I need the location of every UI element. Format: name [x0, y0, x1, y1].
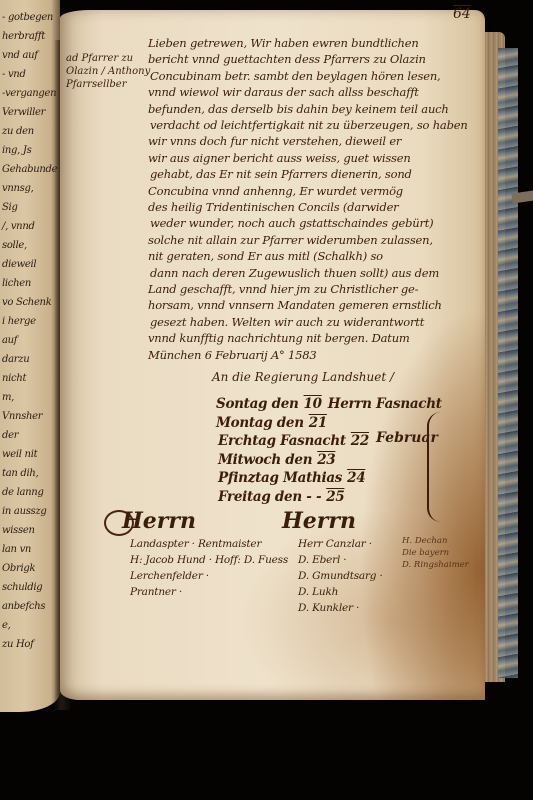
signatory-name: D. Eberl ·: [298, 554, 346, 566]
left-page: - gotbegenherbrafftvnd auf- vnd-vergange…: [0, 0, 60, 712]
weekday-label: Freitag den - -: [218, 489, 321, 505]
left-page-text-fragment: anbefchs: [2, 601, 45, 612]
left-page-text-fragment: -vergangen: [2, 88, 56, 99]
letter-line: horsam, vnnd vnnsern Mandaten gemeren er…: [148, 298, 442, 312]
brace-mark: [427, 412, 443, 522]
feast-note: Herrn Fasnacht: [328, 396, 442, 412]
left-page-text-fragment: Obrigk: [2, 563, 35, 574]
left-page-text-fragment: der: [2, 430, 18, 441]
signatories-heading-left: Herrn: [122, 508, 196, 534]
left-page-text-fragment: solle,: [2, 240, 27, 251]
left-page-text-fragment: lichen: [2, 278, 31, 289]
signatory-name: Landaspter · Rentmaister: [130, 538, 261, 550]
letter-line: gesezt haben. Welten wir auch zu wideran…: [150, 315, 424, 329]
left-page-text-fragment: wissen: [2, 525, 35, 536]
letter-line: vnnd wiewol wir daraus der sach allss be…: [148, 85, 419, 99]
left-page-text-fragment: Verwiller: [2, 107, 45, 118]
left-page-text-fragment: zu Hof: [2, 639, 34, 650]
left-page-text-fragment: - vnd: [2, 69, 26, 80]
left-page-text-fragment: lan vn: [2, 544, 31, 555]
signatory-name: Lerchenfelder ·: [130, 570, 209, 582]
letter-line: gehabt, das Er nit sein Pfarrers dieneri…: [150, 167, 412, 181]
left-page-text-fragment: - gotbegen: [2, 12, 53, 23]
calendar-row: Erchtag Fasnacht22: [218, 433, 375, 449]
month-label: Februar: [376, 430, 438, 446]
letter-line: bericht vnnd guettachten dess Pfarrers z…: [148, 52, 426, 66]
calendar-row: Freitag den - -25: [218, 489, 350, 505]
day-number: 22: [351, 433, 369, 449]
letter-line: dann nach deren Zugewuslich thuen sollt)…: [150, 266, 439, 280]
signatory-name: D. Gmundtsarg ·: [298, 570, 383, 582]
left-page-text-fragment: in ausszg: [2, 506, 46, 517]
day-number: 24: [347, 470, 365, 486]
left-page-text-fragment: Gehabunde: [2, 164, 57, 175]
left-page-text-fragment: Sig: [2, 202, 18, 213]
left-page-text-fragment: e,: [2, 620, 11, 631]
letter-line: Lieben getrewen, Wir haben ewren bundtli…: [148, 36, 419, 50]
margin-note-line: ad Pfarrer zu: [66, 52, 150, 65]
day-number: 23: [317, 452, 335, 468]
signatory-name: H: Jacob Hund · Hoff: D. Fuess: [130, 554, 288, 566]
letter-line: weder wunder, noch auch gstattschaindes …: [150, 216, 433, 230]
left-page-text-fragment: vnd auf: [2, 50, 38, 61]
left-page-text-fragment: zu den: [2, 126, 34, 137]
calendar-row: Montag den21: [216, 415, 333, 431]
calendar-row: Sontag den10Herrn Fasnacht: [216, 396, 442, 412]
left-page-text-fragment: weil nit: [2, 449, 37, 460]
signatory-name: Herr Canzlar ·: [298, 538, 372, 550]
weekday-label: Pfinztag Mathias: [218, 470, 342, 486]
left-page-text-fragment: vnnsg,: [2, 183, 33, 194]
weekday-label: Erchtag Fasnacht: [218, 433, 346, 449]
marbled-cover-edge: [498, 48, 518, 678]
weekday-label: Montag den: [216, 415, 304, 431]
left-page-text-fragment: auf: [2, 335, 17, 346]
letter-line: Concubinam betr. sambt den beylagen höre…: [150, 69, 440, 83]
right-page: 64 ad Pfarrer zu Olazin / Anthony Pfarrs…: [60, 10, 485, 700]
weekday-label: Mitwoch den: [218, 452, 312, 468]
letter-line: verdacht od leichtfertigkait nit zu über…: [150, 118, 468, 132]
letter-line: Land geschafft, vnnd hier jm zu Christli…: [148, 282, 418, 296]
left-page-text-fragment: de lanng: [2, 487, 44, 498]
left-page-text-fragment: Vnnsher: [2, 411, 42, 422]
day-number: 25: [326, 489, 344, 505]
signatory-name: D. Kunkler ·: [298, 602, 359, 614]
left-page-text-fragment: /, vnnd: [2, 221, 35, 232]
margin-note-line: Olazin / Anthony: [66, 65, 150, 78]
left-page-text-fragment: m,: [2, 392, 14, 403]
left-page-text-fragment: ing, Js: [2, 145, 31, 156]
signatory-name: D. Lukh: [298, 586, 338, 598]
signatory-name: Prantner ·: [130, 586, 182, 598]
calendar-row: Mitwoch den23: [218, 452, 341, 468]
left-page-text-fragment: dieweil: [2, 259, 36, 270]
left-page-text-fragment: i herge: [2, 316, 36, 327]
margin-note: ad Pfarrer zu Olazin / Anthony Pfarrsell…: [66, 52, 150, 91]
letter-line: befunden, das derselb bis dahin bey kein…: [148, 102, 449, 116]
folio-number: 64: [453, 6, 471, 22]
letter-line: wir aus aigner bericht auss weiss, guet …: [148, 151, 411, 165]
bookmark-ribbon: [511, 191, 533, 204]
signatory-name: D. Ringshaimer: [402, 560, 469, 570]
letter-line: solche nit allain zur Pfarrer widerumben…: [148, 233, 433, 247]
signatory-name: H. Dechan: [402, 536, 447, 546]
day-number: 10: [304, 396, 322, 412]
letter-line: des heilig Tridentinischen Concils (darw…: [148, 200, 398, 214]
letter-line: München 6 Februarij A° 1583: [148, 348, 317, 362]
left-page-text-fragment: schuldig: [2, 582, 42, 593]
day-number: 21: [309, 415, 327, 431]
weekday-label: Sontag den: [216, 396, 299, 412]
left-page-text-fragment: herbrafft: [2, 31, 45, 42]
margin-note-line: Pfarrsellber: [66, 78, 150, 91]
calendar-row: Pfinztag Mathias24: [218, 470, 371, 486]
signatory-name: Die bayern: [402, 548, 449, 558]
letter-line: Concubina vnnd anhenng, Er wurdet vermög: [148, 184, 403, 198]
letter-line: wir vnns doch fur nicht verstehen, diewe…: [148, 134, 401, 148]
manuscript-photo: - gotbegenherbrafftvnd auf- vnd-vergange…: [0, 0, 533, 800]
left-page-text-fragment: vo Schenk: [2, 297, 51, 308]
signatories-heading-right: Herrn: [282, 508, 356, 534]
left-page-text-fragment: darzu: [2, 354, 29, 365]
left-page-text-fragment: nicht: [2, 373, 26, 384]
left-page-text-fragment: tan dih,: [2, 468, 38, 479]
address-line: An die Regierung Landshuet /: [212, 370, 394, 384]
letter-line: nit geraten, sond Er aus mitl (Schalkh) …: [148, 249, 383, 263]
letter-line: vnnd kunfftig nachrichtung nit bergen. D…: [148, 331, 410, 345]
